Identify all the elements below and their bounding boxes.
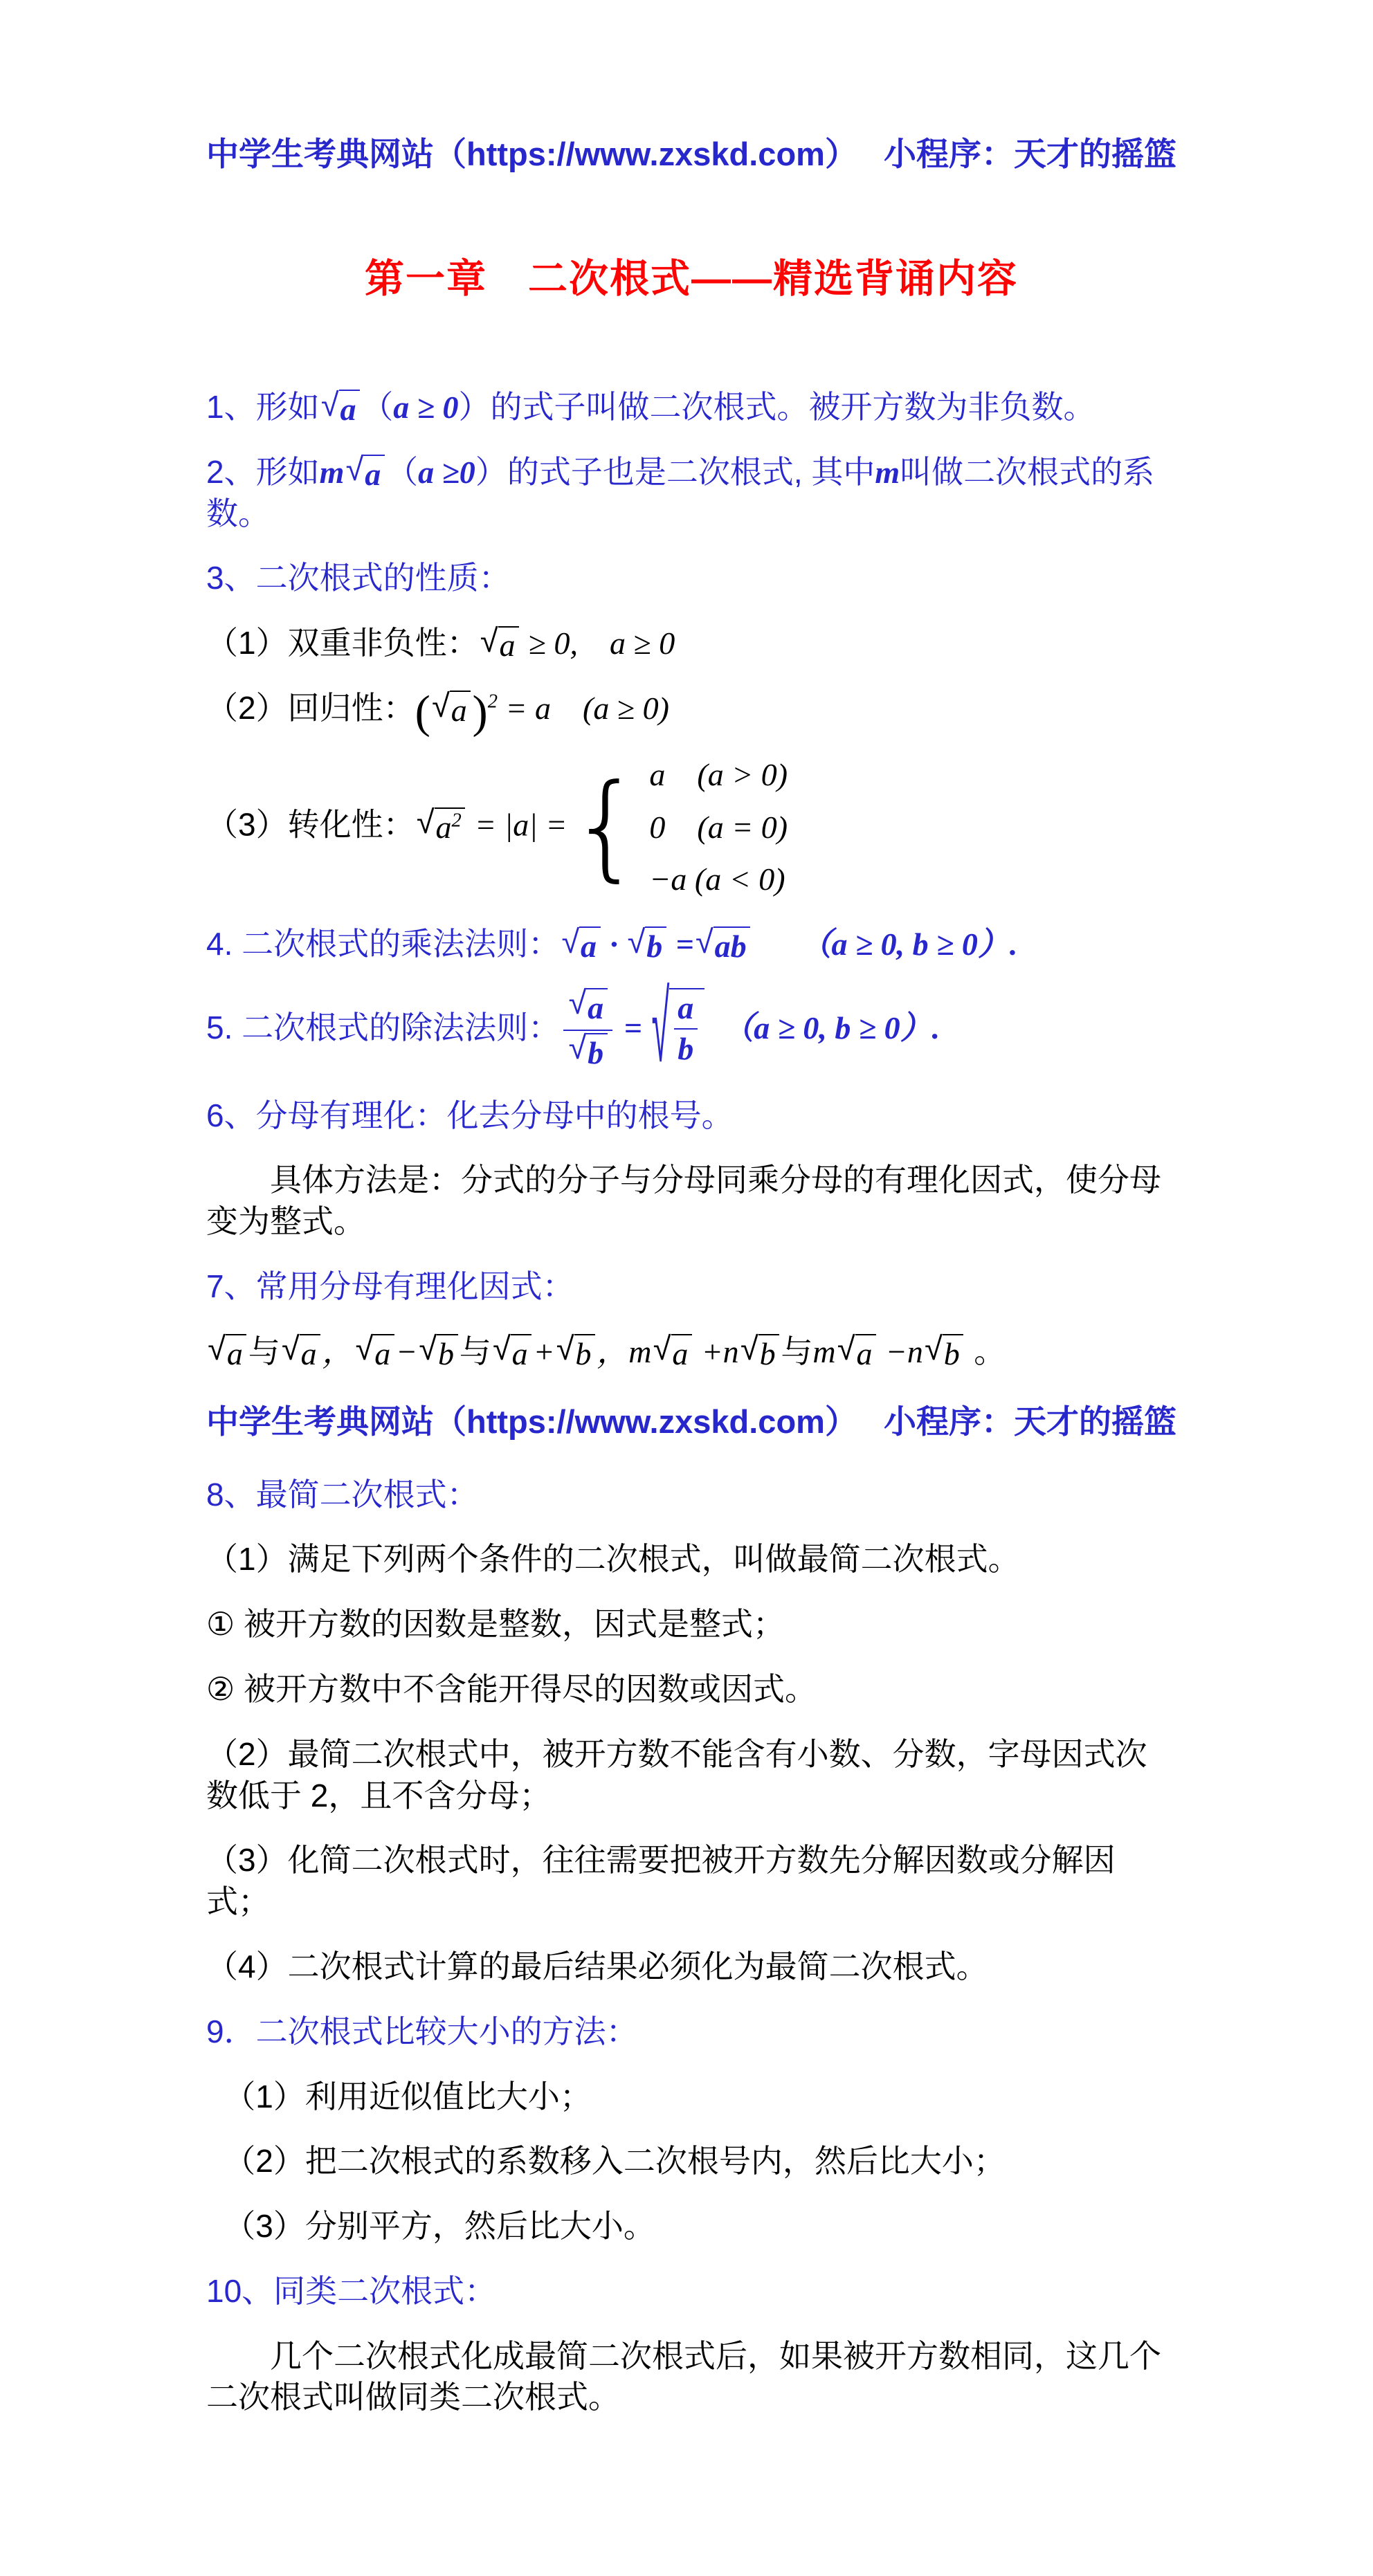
sqrt-radical: √a: [653, 1333, 692, 1371]
math-var: a: [856, 1336, 872, 1371]
item-7-formula: √a与√a，√a−√b与√a+√b，m√a +n√b与m√a −n√b 。: [206, 1331, 1176, 1373]
radicand: a: [300, 1334, 320, 1371]
radicand: a2: [435, 807, 466, 844]
radical-sign-icon: √: [652, 981, 670, 1075]
math-text: 1、形如: [206, 389, 320, 425]
sqrt-radical: √a: [282, 1333, 320, 1371]
math-text: （: [361, 389, 393, 425]
sqrt-radical: √a: [561, 926, 600, 964]
site-url-text: 中学生考典网站（https://www.zxskd.com）: [206, 1396, 857, 1443]
radical-sign-icon: √: [346, 454, 364, 485]
math-var: = |a| =: [467, 807, 567, 843]
radical-sign-icon: √: [925, 1333, 943, 1364]
radical-sign-icon: √: [493, 1333, 511, 1364]
numerator: √a: [563, 989, 613, 1030]
sqrt-radical: √a: [480, 625, 519, 663]
sqrt-radical: √a: [837, 1333, 876, 1371]
item-2-definition: 2、形如m√a（a ≥0）的式子也是二次根式, 其中m叫做二次根式的系数。: [206, 452, 1176, 535]
math-text: 2、形如: [206, 454, 320, 490]
math-var-bold: a ≥ 0: [393, 390, 458, 425]
item-8-line-5: （3）化简二次根式时，往往需要把被开方数先分解因数或分解因式；: [206, 1840, 1176, 1923]
radicand: b: [645, 926, 666, 963]
sqrt-radical: √a: [493, 1333, 531, 1371]
property-1-nonnegative: （1）双重非负性：√a ≥ 0, a ≥ 0: [206, 623, 1176, 664]
math-var: a (a > 0): [649, 757, 788, 792]
sqrt-radical: √a: [569, 987, 608, 1025]
math-text: 与: [781, 1333, 812, 1369]
property-2-regression: （2）回归性：(√a)2 = a (a ≥ 0): [206, 688, 1176, 731]
case-row: −a (a < 0): [649, 859, 788, 900]
site-url-text: 中学生考典网站（https://www.zxskd.com）: [206, 129, 857, 175]
radicand: a: [339, 390, 360, 426]
math-var: a: [672, 1336, 688, 1371]
item-8-line-4: （2）最简二次根式中，被开方数不能含有小数、分数，字母因式次数低于 2，且不含分…: [206, 1734, 1176, 1817]
math-var: a: [512, 1336, 528, 1371]
math-var: b: [760, 1336, 776, 1371]
sqrt-radical: √b: [740, 1333, 779, 1371]
math-var: a: [374, 1336, 390, 1371]
radicand: a: [855, 1334, 876, 1371]
radicand: a: [226, 1334, 246, 1371]
sqrt-radical: √a: [321, 390, 360, 427]
math-text: 与: [460, 1333, 491, 1369]
radicand: a: [671, 1334, 692, 1371]
math-var-bold: ·: [602, 926, 626, 962]
math-var: +: [533, 1334, 554, 1369]
radical-sign-icon: √: [480, 625, 498, 657]
radical-sign-icon: √: [419, 1333, 437, 1364]
math-text: ）的式子叫做二次根式。被开方数为非负数。: [459, 389, 1095, 425]
radicand: b: [586, 1033, 607, 1070]
paren: (: [415, 687, 430, 738]
radicand: a: [511, 1334, 531, 1371]
case-row: a (a > 0): [649, 754, 788, 796]
sqrt-radical: √b: [556, 1333, 595, 1371]
item-8-line-6: （4）二次根式计算的最后结果必须化为最简二次根式。: [206, 1946, 1176, 1988]
math-var-bold: ab: [715, 929, 747, 964]
math-var-bold: b: [678, 1031, 693, 1066]
site-header-repeat: 中学生考典网站（https://www.zxskd.com） 小程序：天才的摇篮: [206, 1396, 1176, 1443]
case-rows: a (a > 0)0 (a = 0)−a (a < 0): [649, 754, 788, 900]
math-var: = a (a ≥ 0): [498, 691, 669, 726]
math-var-bold: a: [365, 457, 381, 492]
math-var: 0 (a = 0): [649, 810, 788, 845]
sqrt-radical: √a: [432, 691, 471, 728]
math-var: b: [575, 1336, 591, 1371]
radical-sign-icon: √: [282, 1333, 300, 1364]
math-text: 4. 二次根式的乘法法则：: [206, 926, 560, 962]
math-var: a: [301, 1336, 317, 1371]
math-var: b: [944, 1336, 960, 1371]
math-text: ）的式子也是二次根式, 其中: [475, 454, 875, 490]
radicand: b: [758, 1334, 779, 1371]
math-text: （3）转化性：: [206, 807, 415, 843]
paren: ): [473, 687, 488, 738]
radical-sign-icon: √: [208, 1333, 226, 1364]
radicand: a: [373, 1334, 394, 1371]
item-6-paragraph: 具体方法是：分式的分子与分母同乘分母的有理化因式，使分母变为整式。: [206, 1160, 1176, 1243]
radicand: ab: [669, 988, 704, 1069]
denominator: √b: [563, 1030, 613, 1071]
math-var: a: [435, 810, 451, 845]
math-text: 。: [965, 1333, 1006, 1369]
math-var: ，: [597, 1334, 628, 1369]
math-var-bold: m: [320, 455, 345, 490]
item-10-paragraph: 几个二次根式化成最简二次根式后，如果被开方数相同，这几个二次根式叫做同类二次根式…: [206, 2336, 1176, 2419]
sqrt-radical: √ab: [695, 926, 750, 964]
math-var: ，: [322, 1334, 354, 1369]
math-var: +n: [693, 1334, 739, 1369]
math-var-bold: =: [668, 926, 694, 962]
math-var: m: [812, 1334, 835, 1369]
math-var: ≥ 0, a ≥ 0: [520, 625, 675, 661]
math-var-bold: （a ≥ 0, b ≥ 0）.: [815, 926, 1017, 962]
superscript: 2: [451, 810, 461, 832]
radicand: b: [943, 1334, 963, 1371]
radical-sign-icon: √: [356, 1333, 374, 1364]
math-text: （2）回归性：: [206, 690, 415, 726]
brace-icon: {: [570, 778, 642, 876]
math-var-bold: a: [678, 990, 693, 1025]
item-10-heading: 10、同类二次根式：: [206, 2271, 1176, 2312]
chapter-title: 第一章 二次根式——精选背诵内容: [206, 247, 1176, 304]
math-text: [706, 1010, 738, 1045]
math-text: （1）双重非负性：: [206, 625, 479, 661]
fraction: ab: [674, 991, 698, 1066]
site-header: 中学生考典网站（https://www.zxskd.com） 小程序：天才的摇篮: [206, 129, 1176, 175]
radical-sign-icon: √: [417, 807, 435, 838]
math-var-bold: a: [581, 929, 597, 964]
sqrt-radical: √b: [569, 1032, 608, 1070]
property-3-conversion: （3）转化性：√a2 = |a| ={a (a > 0)0 (a = 0)−a …: [206, 754, 1176, 900]
sqrt-radical: √a: [208, 1333, 246, 1371]
radical-sign-icon: √: [569, 1032, 587, 1063]
radicand: a: [498, 626, 519, 663]
item-8-line-2: ① 被开方数的因数是整数，因式是整式；: [206, 1604, 1176, 1645]
radical-sign-icon: √: [561, 926, 579, 958]
item-4-multiplication-rule: 4. 二次根式的乘法法则：√a · √b =√ab （a ≥ 0, b ≥ 0）…: [206, 924, 1176, 965]
math-var: −a (a < 0): [649, 861, 785, 897]
radicand: b: [574, 1334, 595, 1371]
radical-sign-icon: √: [740, 1333, 758, 1364]
item-9-heading: 9．二次根式比较大小的方法：: [206, 2011, 1176, 2053]
radical-sign-icon: √: [837, 1333, 855, 1364]
radical-sign-icon: √: [653, 1333, 671, 1364]
miniprogram-text: 小程序：天才的摇篮: [884, 129, 1176, 175]
math-var: a: [499, 628, 515, 663]
math-text: 与: [248, 1333, 280, 1369]
radicand: ab: [713, 926, 750, 963]
math-var: −n: [878, 1334, 923, 1369]
math-var-bold: a: [588, 990, 603, 1025]
numerator: a: [674, 991, 698, 1028]
item-7-heading: 7、常用分母有理化因式：: [206, 1266, 1176, 1308]
item-8-line-1: （1）满足下列两个条件的二次根式，叫做最简二次根式。: [206, 1539, 1176, 1580]
radical-sign-icon: √: [628, 926, 646, 958]
math-var-bold: （a ≥ 0, b ≥ 0）.: [738, 1010, 940, 1045]
case-row: 0 (a = 0): [649, 807, 788, 848]
item-8-heading: 8、最简二次根式：: [206, 1474, 1176, 1516]
math-var-bold: b: [646, 929, 662, 964]
item-6-heading: 6、分母有理化：化去分母中的根号。: [206, 1095, 1176, 1137]
math-var: a: [451, 693, 467, 728]
radicand: b: [437, 1334, 457, 1371]
math-var-bold: m: [875, 455, 900, 490]
sqrt-radical: √b: [628, 926, 666, 964]
math-text: [752, 926, 815, 962]
math-text: （: [386, 454, 418, 490]
math-var-bold: a: [340, 392, 356, 427]
math-text: 5. 二次根式的除法法则：: [206, 1010, 560, 1045]
math-var-bold: b: [588, 1035, 603, 1070]
math-var: m: [628, 1334, 651, 1369]
sqrt-radical: √a: [346, 454, 385, 491]
denominator: b: [674, 1028, 698, 1066]
radical-sign-icon: √: [432, 691, 450, 722]
item-9-line-2: （2）把二次根式的系数移入二次根号内，然后比大小；: [206, 2141, 1176, 2182]
radical-sign-icon: √: [695, 926, 713, 958]
math-var-bold: =: [616, 1010, 650, 1045]
sqrt-radical: √a: [356, 1333, 394, 1371]
sqrt-radical: √ab: [652, 987, 704, 1069]
miniprogram-text: 小程序：天才的摇篮: [884, 1396, 1176, 1443]
document-page: 中学生考典网站（https://www.zxskd.com） 小程序：天才的摇篮…: [0, 0, 1373, 2576]
math-var: −: [396, 1334, 417, 1369]
radical-sign-icon: √: [321, 390, 339, 421]
radicand: a: [579, 926, 600, 963]
item-8-line-3: ② 被开方数中不含能开得尽的因数或因式。: [206, 1669, 1176, 1710]
sqrt-radical: √b: [419, 1333, 457, 1371]
fraction: √a√b: [563, 989, 613, 1072]
item-5-division-rule: 5. 二次根式的除法法则：√a√b = √ab （a ≥ 0, b ≥ 0）.: [206, 989, 1176, 1072]
radicand: a: [363, 455, 384, 491]
item-3-heading: 3、二次根式的性质：: [206, 558, 1176, 599]
piecewise-cases: {a (a > 0)0 (a = 0)−a (a < 0): [570, 754, 788, 900]
sqrt-radical: √b: [925, 1333, 963, 1371]
math-var: a: [227, 1336, 243, 1371]
item-9-line-1: （1）利用近似值比大小；: [206, 2076, 1176, 2118]
item-1-definition: 1、形如√a（a ≥ 0）的式子叫做二次根式。被开方数为非负数。: [206, 387, 1176, 428]
math-var: b: [438, 1336, 454, 1371]
superscript: 2: [488, 691, 498, 713]
item-9-line-3: （3）分别平方，然后比大小。: [206, 2206, 1176, 2247]
radical-sign-icon: √: [556, 1333, 574, 1364]
sqrt-radical: √a2: [417, 807, 465, 844]
radicand: a: [450, 691, 471, 727]
radicand: a: [586, 988, 607, 1025]
radical-sign-icon: √: [569, 987, 587, 1018]
math-var-bold: a ≥0: [418, 455, 475, 490]
